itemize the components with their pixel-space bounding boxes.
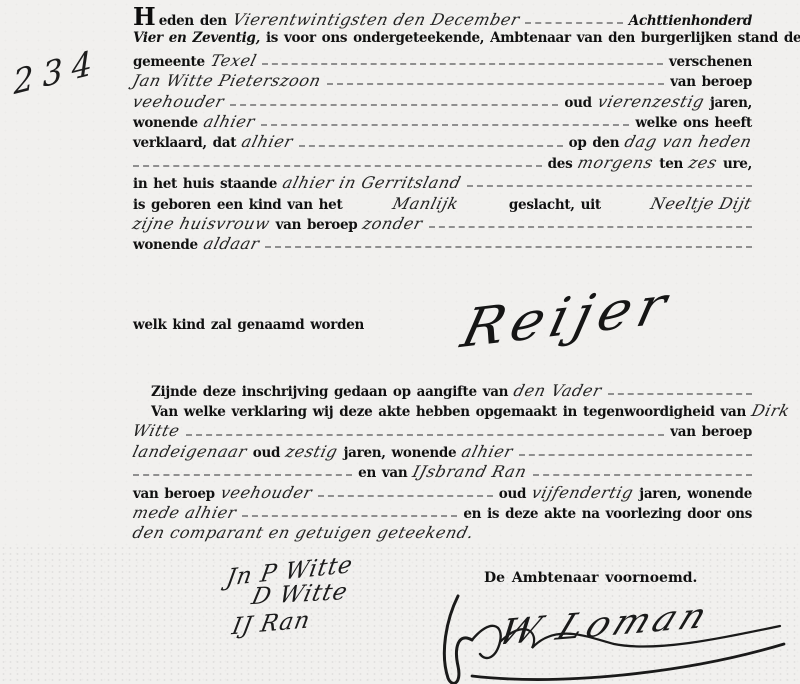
child-name: Reijer xyxy=(456,273,679,360)
doc-line: landeigenaaroudzestigjaren, wonendealhie… xyxy=(133,442,752,462)
printed-text: jaren, xyxy=(710,95,752,111)
doc-line: Jan Witte Pieterszoonvan beroep xyxy=(133,71,752,91)
printed-text: eden den xyxy=(159,13,227,29)
handwritten-text: Dirk xyxy=(750,401,792,420)
handwritten-text: Jan Witte Pieterszoon xyxy=(131,71,323,90)
doc-line: en vanIJsbrand Ran xyxy=(133,462,752,482)
doc-line: desmorgenstenzesure, xyxy=(133,153,752,173)
dash-filler xyxy=(429,226,752,228)
printed-text: ten xyxy=(659,156,683,172)
act-margin-number: 234 xyxy=(13,41,102,103)
handwritten-text: Manlijk xyxy=(391,194,461,213)
doc-line: is geboren een kind van hetManlijkgeslac… xyxy=(133,194,752,214)
handwritten-text: zestig xyxy=(284,442,340,461)
printed-text: van beroep xyxy=(133,486,215,502)
witness-signatures: Jn P Witte D Witte IJ Ran xyxy=(212,554,442,631)
doc-line: Vier en Zeventig,is voor ons ondergeteek… xyxy=(133,30,752,50)
doc-line: mede alhieren is deze akte na voorlezing… xyxy=(133,503,752,523)
handwritten-text: vijfendertig xyxy=(530,483,636,502)
handwritten-text: veehouder xyxy=(218,483,314,502)
signature-block: Jn P Witte D Witte IJ Ran De Ambtenaar v… xyxy=(0,548,800,684)
dash-filler xyxy=(608,393,752,395)
handwritten-text: Vierentwintigsten den December xyxy=(230,10,521,29)
dash-filler xyxy=(133,165,542,167)
printed-text: geslacht, uit xyxy=(509,197,601,213)
doc-line: veehouderoudvierenzestigjaren, xyxy=(133,92,752,112)
printed-text: des xyxy=(548,156,573,172)
printed-text: Van welke verklaring wij deze akte hebbe… xyxy=(151,404,746,420)
handwritten-text: aldaar xyxy=(201,234,261,253)
dash-filler xyxy=(327,83,664,85)
printed-text: oud xyxy=(499,486,526,502)
handwritten-text: morgens xyxy=(576,153,656,172)
printed-text: wonende xyxy=(133,115,198,131)
printed-text: is voor ons ondergeteekende, Ambtenaar v… xyxy=(266,30,800,46)
doc-line: in het huis staandealhier in Gerritsland xyxy=(133,173,752,193)
handwritten-text: den comparant en getuigen geteekend. xyxy=(131,523,476,542)
handwritten-text: alhier in Gerritsland xyxy=(281,173,464,192)
doc-line: gemeenteTexelverschenen xyxy=(133,51,752,71)
dash-filler xyxy=(265,246,752,248)
handwritten-text: Texel xyxy=(208,51,258,70)
printed-text: gemeente xyxy=(133,54,205,70)
printed-text: wonende xyxy=(133,237,198,253)
printed-text: van beroep xyxy=(276,217,358,233)
printed-text: welke ons heeft xyxy=(635,115,752,131)
handwritten-text: zonder xyxy=(361,214,425,233)
dash-filler xyxy=(533,474,752,476)
dash-filler xyxy=(133,474,352,476)
printed-text: en is deze akte na voorlezing door ons xyxy=(463,506,752,522)
printed-text: verschenen xyxy=(669,54,752,70)
printed-text: oud xyxy=(564,95,591,111)
registrar-signature-area: De Ambtenaar voornoemd. W Loman xyxy=(428,570,800,680)
dash-filler xyxy=(186,434,665,436)
handwritten-text: den Vader xyxy=(512,381,604,400)
handwritten-text: alhier xyxy=(240,132,296,151)
handwritten-text: alhier xyxy=(460,442,516,461)
printed-text: welk kind zal genaamd worden xyxy=(133,317,364,333)
registrar-title: De Ambtenaar voornoemd. xyxy=(484,570,800,586)
printed-text: in het huis staande xyxy=(133,176,277,192)
printed-text: en van xyxy=(358,465,407,481)
dash-filler xyxy=(230,104,558,106)
doc-line: Wittevan beroep xyxy=(133,421,752,441)
dash-filler xyxy=(261,124,630,126)
printed-text: op den xyxy=(569,135,620,151)
printed-italic-text: Achttienhonderd xyxy=(629,13,752,29)
dash-filler xyxy=(525,22,623,24)
dash-filler xyxy=(299,145,563,147)
handwritten-text: alhier xyxy=(201,112,257,131)
dash-filler xyxy=(242,515,457,517)
handwritten-text: landeigenaar xyxy=(131,442,249,461)
printed-text: oud xyxy=(253,445,280,461)
handwritten-text: Witte xyxy=(131,421,182,440)
printed-text: is geboren een kind van het xyxy=(133,197,342,213)
handwritten-text: dag van heden xyxy=(623,132,754,151)
printed-text: Zijnde deze inschrijving gedaan op aangi… xyxy=(151,384,508,400)
doc-line: welk kind zal genaamd wordenReijer xyxy=(133,281,752,369)
printed-text: van beroep xyxy=(670,424,752,440)
handwritten-text: IJsbrand Ran xyxy=(411,462,529,481)
handwritten-text: vierenzestig xyxy=(595,92,706,111)
document-scan: { "page": { "margin_number": "234" }, "d… xyxy=(0,0,800,684)
doc-line: wonendealhierwelke ons heeft xyxy=(133,112,752,132)
doc-line: wonendealdaar xyxy=(133,234,752,254)
printed-text: ure, xyxy=(723,156,752,172)
dash-filler xyxy=(519,454,752,456)
doc-line: zijne huisvrouwvan beroepzonder xyxy=(133,214,752,234)
printed-text: jaren, wonende xyxy=(639,486,752,502)
document-lines: Heden denVierentwintigsten den DecemberA… xyxy=(133,10,752,544)
doc-line: den comparant en getuigen geteekend. xyxy=(133,523,752,543)
doc-line: verklaard, datalhierop dendag van heden xyxy=(133,132,752,152)
handwritten-text: zijne huisvrouw xyxy=(131,214,272,233)
dash-filler xyxy=(318,495,493,497)
doc-line: van beroepveehouderoudvijfendertigjaren,… xyxy=(133,483,752,503)
handwritten-text: mede alhier xyxy=(131,503,239,522)
printed-italic-text: Vier en Zeventig, xyxy=(133,30,260,46)
dash-filler xyxy=(262,63,663,65)
doc-line: Van welke verklaring wij deze akte hebbe… xyxy=(133,401,752,421)
printed-text: van beroep xyxy=(670,74,752,90)
printed-text: jaren, wonende xyxy=(344,445,457,461)
doc-line: Zijnde deze inschrijving gedaan op aangi… xyxy=(133,381,752,401)
doc-line: Heden denVierentwintigsten den DecemberA… xyxy=(133,10,752,30)
handwritten-text: zes xyxy=(687,153,720,172)
dropcap-letter: H xyxy=(133,10,156,24)
printed-text: verklaard, dat xyxy=(133,135,236,151)
dash-filler xyxy=(467,185,752,187)
handwritten-text: veehouder xyxy=(131,92,227,111)
handwritten-text: Neeltje Dijt xyxy=(649,194,754,213)
